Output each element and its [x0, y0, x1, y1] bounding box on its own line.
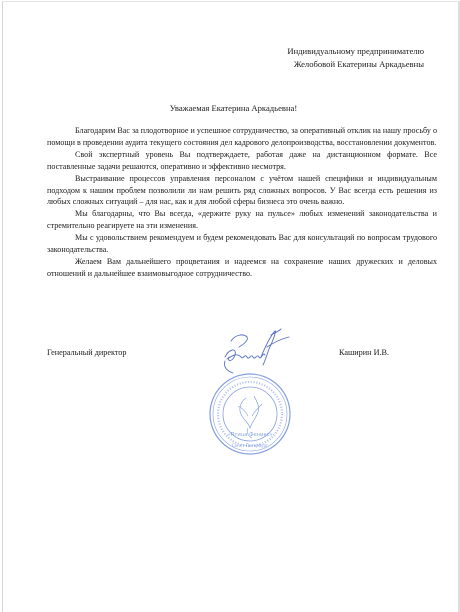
recipient-line-1: Индивидуальному предпринимателю — [287, 45, 424, 58]
signatory-title: Генеральный директор — [47, 348, 127, 357]
letter-page: Индивидуальному предпринимателю Желобово… — [2, 1, 460, 612]
svg-text:«Птица Феникс»: «Птица Феникс» — [227, 432, 272, 438]
recipient-line-2: Желобовой Екатерины Аркадьевны — [287, 58, 424, 71]
letter-body: Благодарим Вас за плодотворное и успешно… — [47, 125, 437, 280]
recipient-block: Индивидуальному предпринимателю Желобово… — [287, 45, 424, 71]
paragraph-3: Выстраивание процессов управления персон… — [47, 173, 437, 209]
paragraph-5: Мы с удовольствием рекомендуем и будем р… — [47, 232, 437, 256]
company-stamp-icon: «Птица Феникс» Санкт-Петербург — [208, 372, 292, 456]
salutation: Уважаемая Екатерина Аркадьевна! — [3, 103, 458, 113]
paragraph-6: Желаем Вам дальнейшего процветания и над… — [47, 256, 437, 280]
paragraph-2: Свой экспертный уровень Вы подтверждаете… — [47, 149, 437, 173]
signatory-name: Каширин И.В. — [339, 348, 389, 357]
paragraph-4: Мы благодарны, что Вы всегда, «держите р… — [47, 208, 437, 232]
paragraph-1: Благодарим Вас за плодотворное и успешно… — [47, 125, 437, 149]
handwritten-signature-icon — [213, 327, 293, 377]
